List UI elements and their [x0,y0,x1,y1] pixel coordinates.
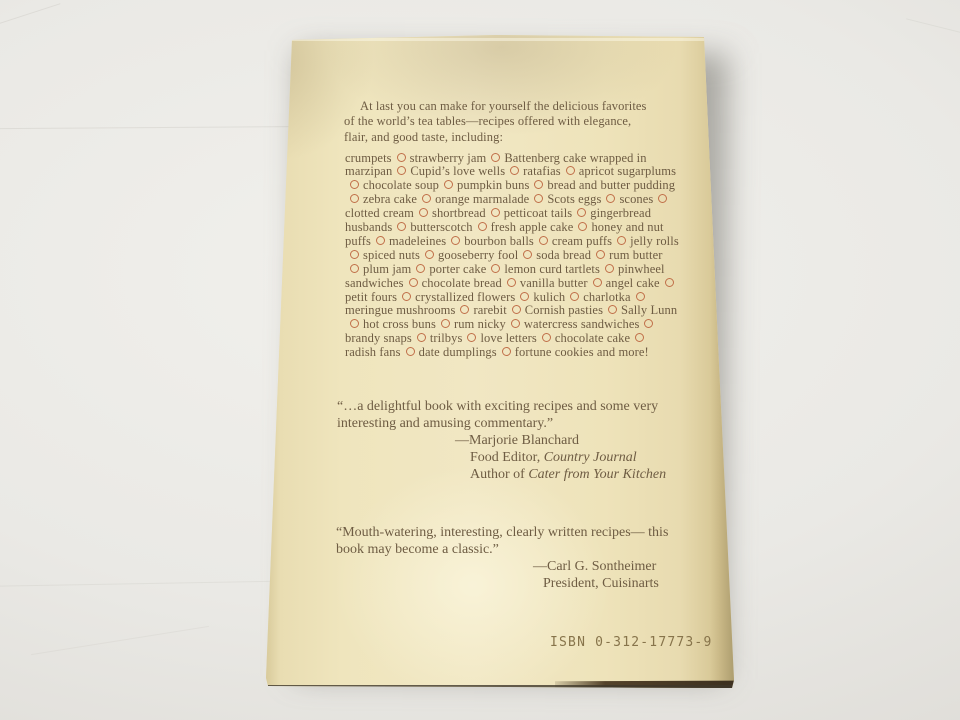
circle-separator-icon [534,180,543,189]
quote-text: “…a delightful book with exciting recipe… [337,398,679,432]
recipe-item: rarebit [473,303,506,317]
isbn-text: ISBN 0-312-17773-9 [550,635,712,651]
recipe-item: hot cross buns [363,317,436,331]
recipe-item: meringue mushrooms [345,303,455,317]
table-scratch-line [31,626,209,655]
circle-separator-icon [451,236,460,245]
circle-separator-icon [402,292,411,301]
recipe-item: strawberry jam [410,151,487,165]
recipe-item: angel cake [606,276,660,290]
circle-separator-icon [578,222,587,231]
circle-separator-icon [467,333,476,342]
recipe-item: Cornish pasties [525,303,603,317]
circle-separator-icon [570,292,579,301]
recipe-item: chocolate cake [555,331,630,345]
circle-separator-icon [596,250,605,259]
recipe-item: madeleines [389,234,446,248]
quote-attribution-role: President, Cuisinarts [336,575,686,592]
recipe-item: rum nicky [454,317,506,331]
recipe-item: petticoat tails [504,206,573,220]
photo-of-book-on-table: { "colors": { "table_surface": "#e9e8e4"… [0,0,960,720]
recipe-item: crumpets [345,151,392,165]
circle-separator-icon [441,319,450,328]
circle-separator-icon [416,264,425,273]
recipe-item: ratafias [523,164,561,178]
recipe-item: zebra cake [363,192,417,206]
circle-separator-icon [534,194,543,203]
recipe-item: gooseberry fool [438,248,518,262]
intro-paragraph: At last you can make for yourself the de… [344,99,658,146]
circle-separator-icon [406,347,415,356]
book-back-cover: At last you can make for yourself the de… [266,34,736,690]
cover-text: At last you can make for yourself the de… [266,34,736,690]
quote-attribution-name: —Marjorie Blanchard [337,432,679,449]
recipe-item: trilbys [430,331,463,345]
recipe-item: porter cake [429,262,486,276]
circle-separator-icon [350,250,359,259]
circle-separator-icon [523,250,532,259]
recipe-item: plum jam [363,262,411,276]
recipe-item: apricot sugarplums [579,164,676,178]
circle-separator-icon [419,208,428,217]
review-quote-blanchard: “…a delightful book with exciting recipe… [337,398,679,483]
recipe-item: rum butter [609,248,662,262]
circle-separator-icon [491,153,500,162]
recipe-item: chocolate bread [422,276,502,290]
circle-separator-icon [350,194,359,203]
circle-separator-icon [478,222,487,231]
recipe-item: jelly rolls [630,234,679,248]
circle-separator-icon [397,166,406,175]
circle-separator-icon [520,292,529,301]
table-seam-line [0,126,330,129]
role-prefix: Food Editor, [470,450,544,465]
circle-separator-icon [502,347,511,356]
circle-separator-icon [539,236,548,245]
recipe-item: vanilla butter [520,276,588,290]
recipe-item: brandy snaps [345,331,412,345]
circle-separator-icon [444,180,453,189]
circle-separator-icon [491,264,500,273]
recipe-item: scones [619,192,653,206]
quote-attribution-name: —Carl G. Sontheimer [336,558,686,575]
recipe-item: love letters [480,331,536,345]
circle-separator-icon [409,278,418,287]
quote-text: “Mouth-watering, interesting, clearly wr… [336,524,686,558]
circle-separator-icon [593,278,602,287]
circle-separator-icon [605,264,614,273]
recipe-item: Cupid’s love wells [410,164,505,178]
circle-separator-icon [422,194,431,203]
publication-title: Country Journal [544,450,637,465]
circle-separator-icon [635,333,644,342]
recipe-item: spiced nuts [363,248,420,262]
book-title-italic: Cater from Your Kitchen [528,467,666,482]
recipe-item: pumpkin buns [457,178,529,192]
recipe-item: orange marmalade [435,192,529,206]
recipe-item: crystallized flowers [415,290,515,304]
recipe-item: shortbread [432,206,486,220]
recipe-item: date dumplings [419,345,497,359]
recipe-item: soda bread [536,248,591,262]
table-seam-line [0,580,300,586]
circle-separator-icon [665,278,674,287]
recipe-item: petit fours [345,290,397,304]
circle-separator-icon [658,194,667,203]
recipe-item: lemon curd tartlets [504,262,600,276]
circle-separator-icon [507,278,516,287]
circle-separator-icon [460,305,469,314]
circle-separator-icon [577,208,586,217]
circle-separator-icon [636,292,645,301]
circle-separator-icon [510,166,519,175]
recipe-item: radish fans [345,345,401,359]
recipe-item: watercress sandwiches [524,317,640,331]
recipe-list: crumpetsstrawberry jamBattenberg cake wr… [345,152,679,361]
circle-separator-icon [350,319,359,328]
recipe-item: chocolate soup [363,178,439,192]
recipe-item: Scots eggs [547,192,601,206]
recipe-item: bourbon balls [464,234,534,248]
circle-separator-icon [512,305,521,314]
circle-separator-icon [566,166,575,175]
recipe-item: butterscotch [410,220,472,234]
review-quote-sontheimer: “Mouth-watering, interesting, clearly wr… [336,524,686,592]
circle-separator-icon [376,236,385,245]
circle-separator-icon [350,180,359,189]
circle-separator-icon [491,208,500,217]
quote-attribution-role: Food Editor, Country Journal [337,449,679,466]
circle-separator-icon [350,264,359,273]
quote-attribution-book: Author of Cater from Your Kitchen [337,466,679,483]
circle-separator-icon [417,333,426,342]
author-prefix: Author of [470,467,528,482]
recipe-item: Sally Lunn [621,303,677,317]
recipe-item: cream puffs [552,234,612,248]
circle-separator-icon [608,305,617,314]
circle-separator-icon [425,250,434,259]
recipe-item: kulich [533,290,565,304]
circle-separator-icon [617,236,626,245]
recipe-item: charlotka [583,290,630,304]
recipe-item: clotted cream [345,206,414,220]
circle-separator-icon [542,333,551,342]
table-scratch-line [906,18,960,38]
recipe-item: fresh apple cake [491,220,574,234]
circle-separator-icon [397,222,406,231]
circle-separator-icon [511,319,520,328]
recipe-item: bread and butter pudding [547,178,675,192]
circle-separator-icon [606,194,615,203]
circle-separator-icon [397,153,406,162]
circle-separator-icon [644,319,653,328]
recipe-item: fortune cookies and more! [515,345,649,359]
table-scratch-line [0,3,60,26]
